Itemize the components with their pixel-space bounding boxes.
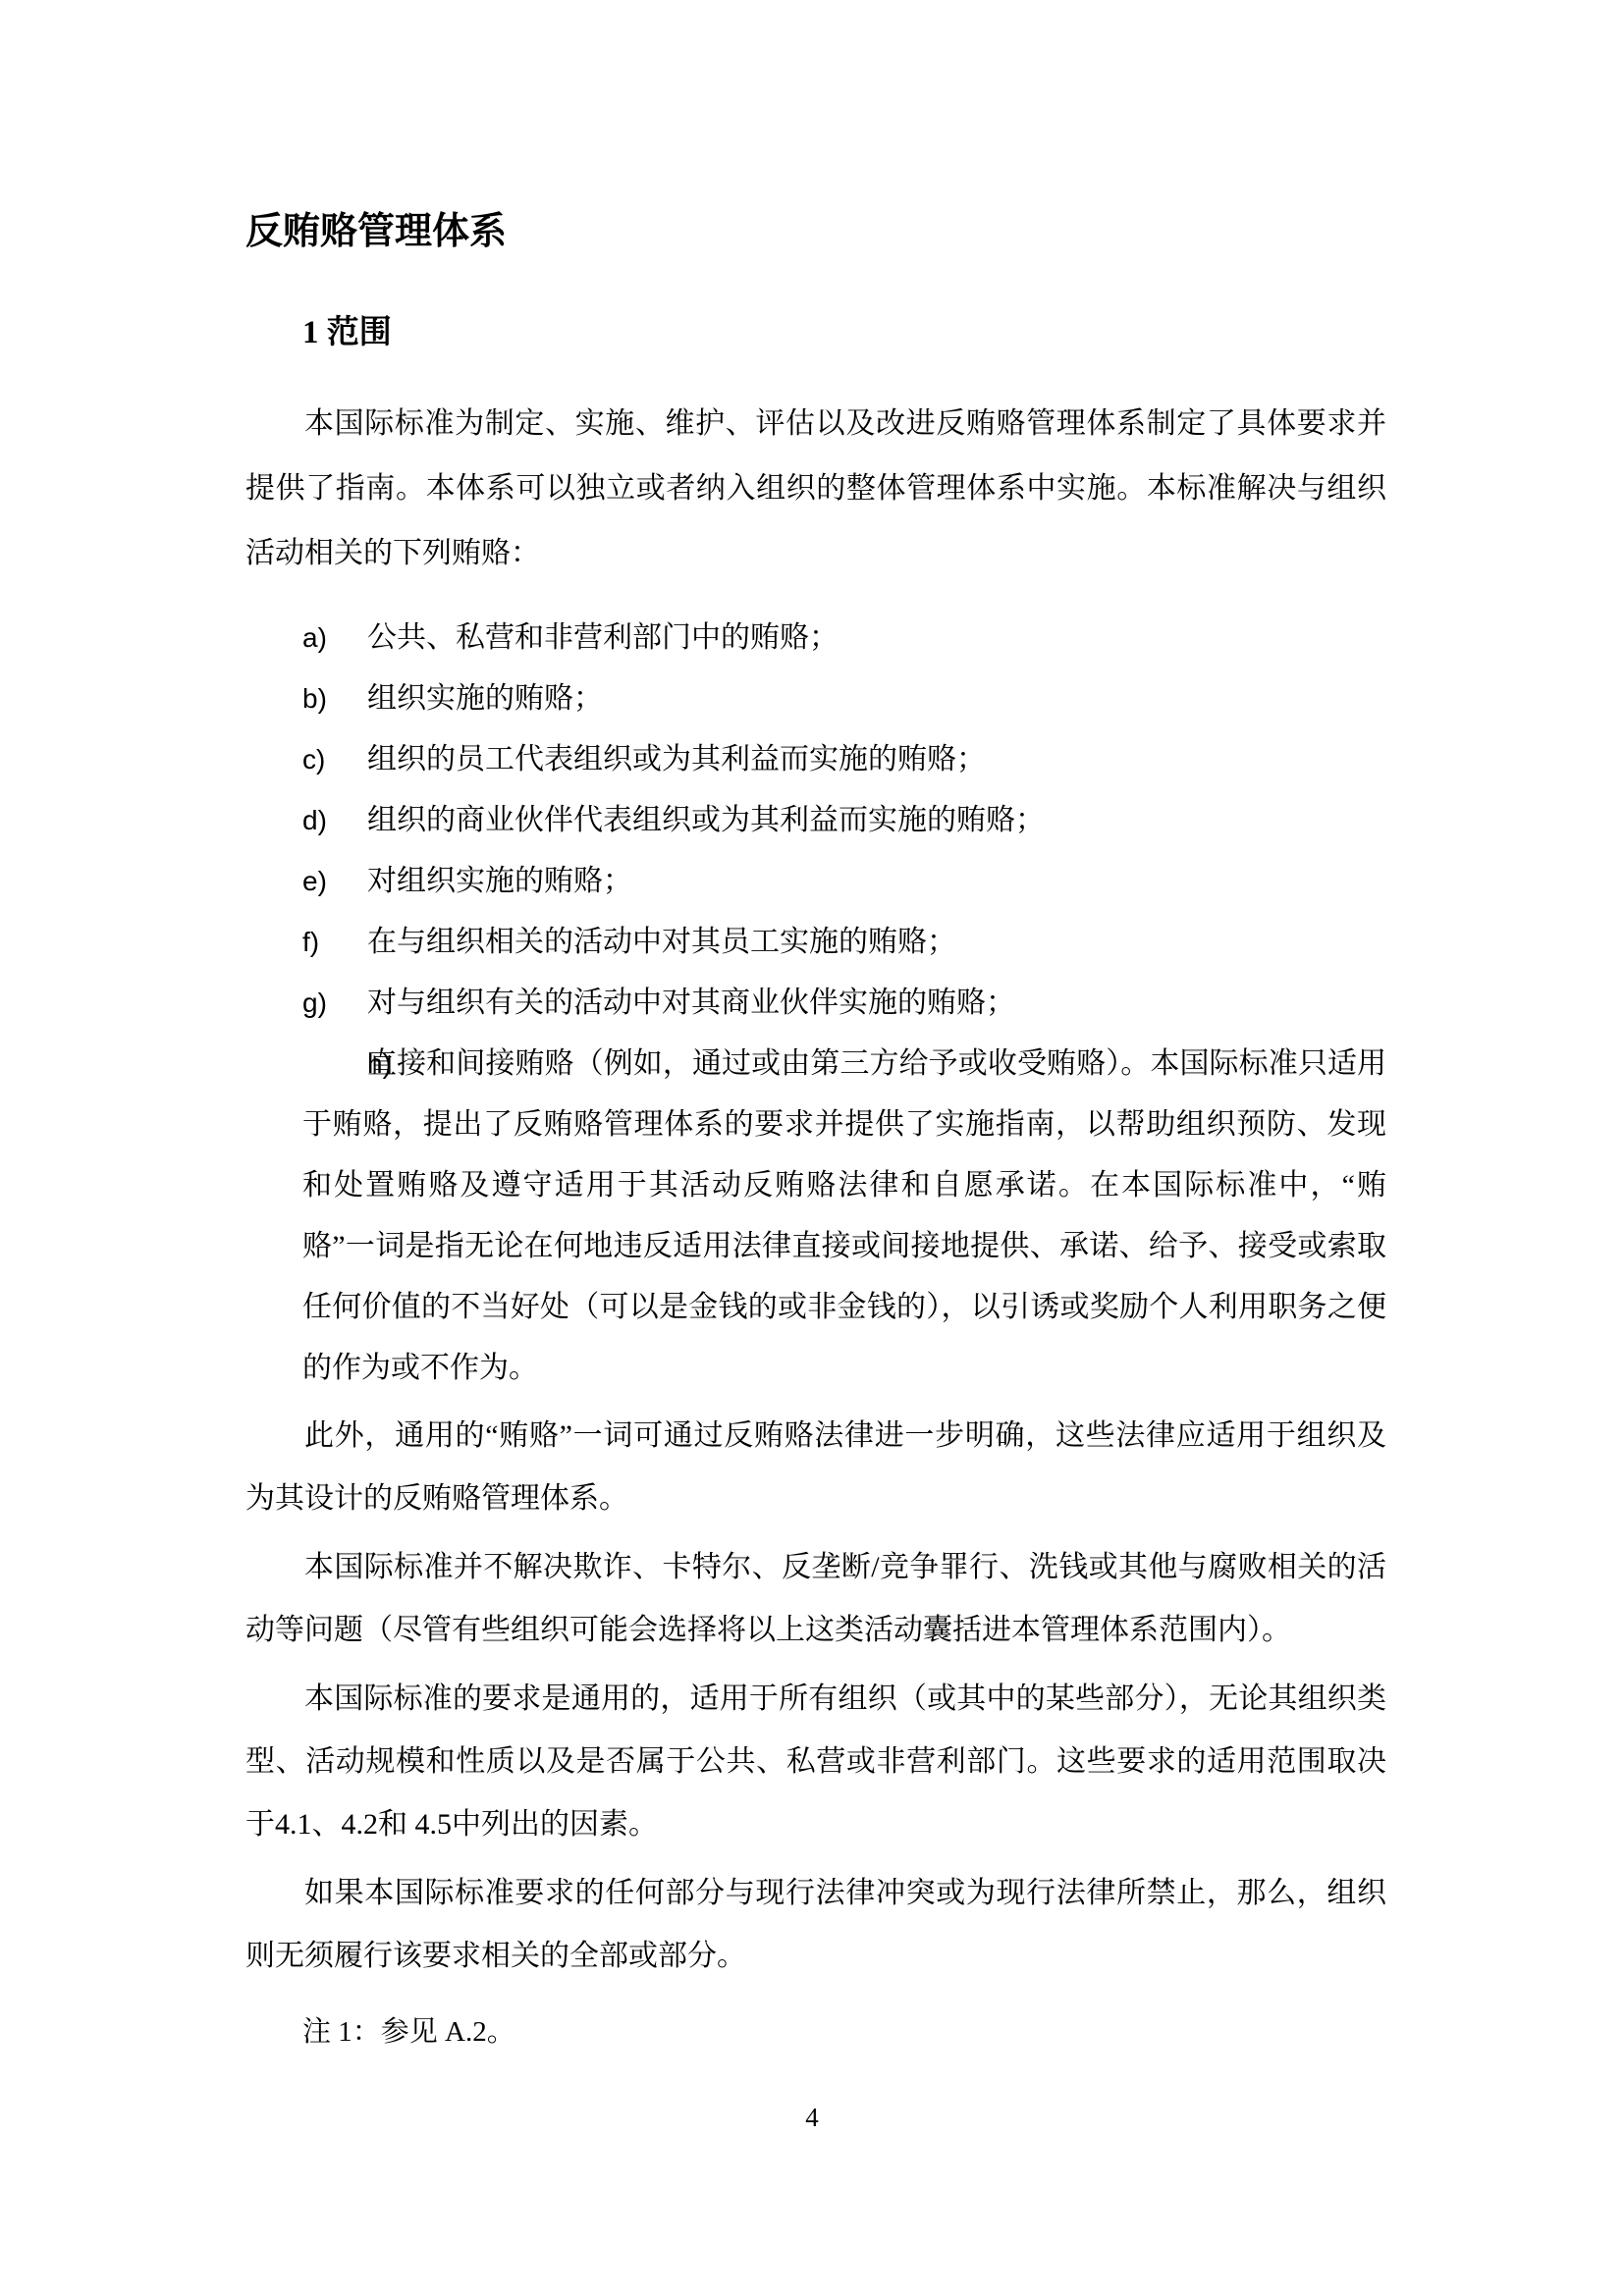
list-item-marker: g) — [302, 973, 327, 1034]
page-title: 反贿赂管理体系 — [245, 211, 1386, 252]
list-item-text: 组织实施的贿赂； — [367, 682, 603, 715]
document-page: 反贿赂管理体系 1 范围 本国际标准为制定、实施、维护、评估以及改进反贿赂管理体… — [0, 0, 1624, 2296]
list-item-f: f) 在与组织相关的活动中对其员工实施的贿赂； — [245, 912, 1386, 973]
list-item-text: 直接和间接贿赂（例如，通过或由第三方给予或收受贿赂）。本国际标准只适用于贿赂，提… — [302, 1047, 1386, 1384]
list-item-a: a) 公共、私营和非营利部门中的贿赂； — [245, 608, 1386, 668]
list-item-b: b) 组织实施的贿赂； — [245, 668, 1386, 729]
list-item-text: 对组织实施的贿赂； — [367, 865, 632, 897]
list-item-marker: b) — [302, 668, 327, 729]
list-item-marker: d) — [302, 790, 327, 851]
list-item-marker: h) — [302, 1034, 392, 1095]
list-item-marker: e) — [302, 851, 327, 912]
paragraph-bribery-term-clarification: 此外，通用的“贿赂”一词可通过反贿赂法律进一步明确，这些法律应适用于组织及为其设… — [245, 1405, 1386, 1530]
note-1: 注 1：参见 A.2。 — [245, 2002, 1386, 2062]
list-item-g: g) 对与组织有关的活动中对其商业伙伴实施的贿赂； — [245, 973, 1386, 1034]
paragraph-legal-conflict: 如果本国际标准要求的任何部分与现行法律冲突或为现行法律所禁止，那么，组织则无须履… — [245, 1862, 1386, 1988]
list-item-text: 组织的员工代表组织或为其利益而实施的贿赂； — [367, 743, 986, 775]
bribery-type-list: a) 公共、私营和非营利部门中的贿赂； b) 组织实施的贿赂； c) 组织的员工… — [245, 608, 1386, 1399]
list-item-marker: c) — [302, 729, 325, 790]
list-item-text: 对与组织有关的活动中对其商业伙伴实施的贿赂； — [367, 987, 1015, 1019]
section-heading: 1 范围 — [302, 313, 1386, 352]
list-item-e: e) 对组织实施的贿赂； — [245, 851, 1386, 912]
page-number: 4 — [0, 2103, 1624, 2133]
list-item-c: c) 组织的员工代表组织或为其利益而实施的贿赂； — [245, 729, 1386, 790]
list-item-d: d) 组织的商业伙伴代表组织或为其利益而实施的贿赂； — [245, 790, 1386, 851]
list-item-marker: f) — [302, 912, 319, 973]
paragraph-exclusions: 本国际标准并不解决欺诈、卡特尔、反垄断/竞争罪行、洗钱或其他与腐败相关的活动等问… — [245, 1536, 1386, 1662]
list-item-marker: a) — [302, 608, 327, 668]
list-item-text: 公共、私营和非营利部门中的贿赂； — [367, 621, 839, 654]
paragraph-applicability: 本国际标准的要求是通用的，适用于所有组织（或其中的某些部分），无论其组织类型、活… — [245, 1668, 1386, 1856]
list-item-h: h)直接和间接贿赂（例如，通过或由第三方给予或收受贿赂）。本国际标准只适用于贿赂… — [245, 1034, 1386, 1399]
list-item-text: 组织的商业伙伴代表组织或为其利益而实施的贿赂； — [367, 804, 1045, 836]
list-item-text: 在与组织相关的活动中对其员工实施的贿赂； — [367, 926, 956, 958]
paragraph-scope-intro: 本国际标准为制定、实施、维护、评估以及改进反贿赂管理体系制定了具体要求并提供了指… — [245, 392, 1386, 586]
